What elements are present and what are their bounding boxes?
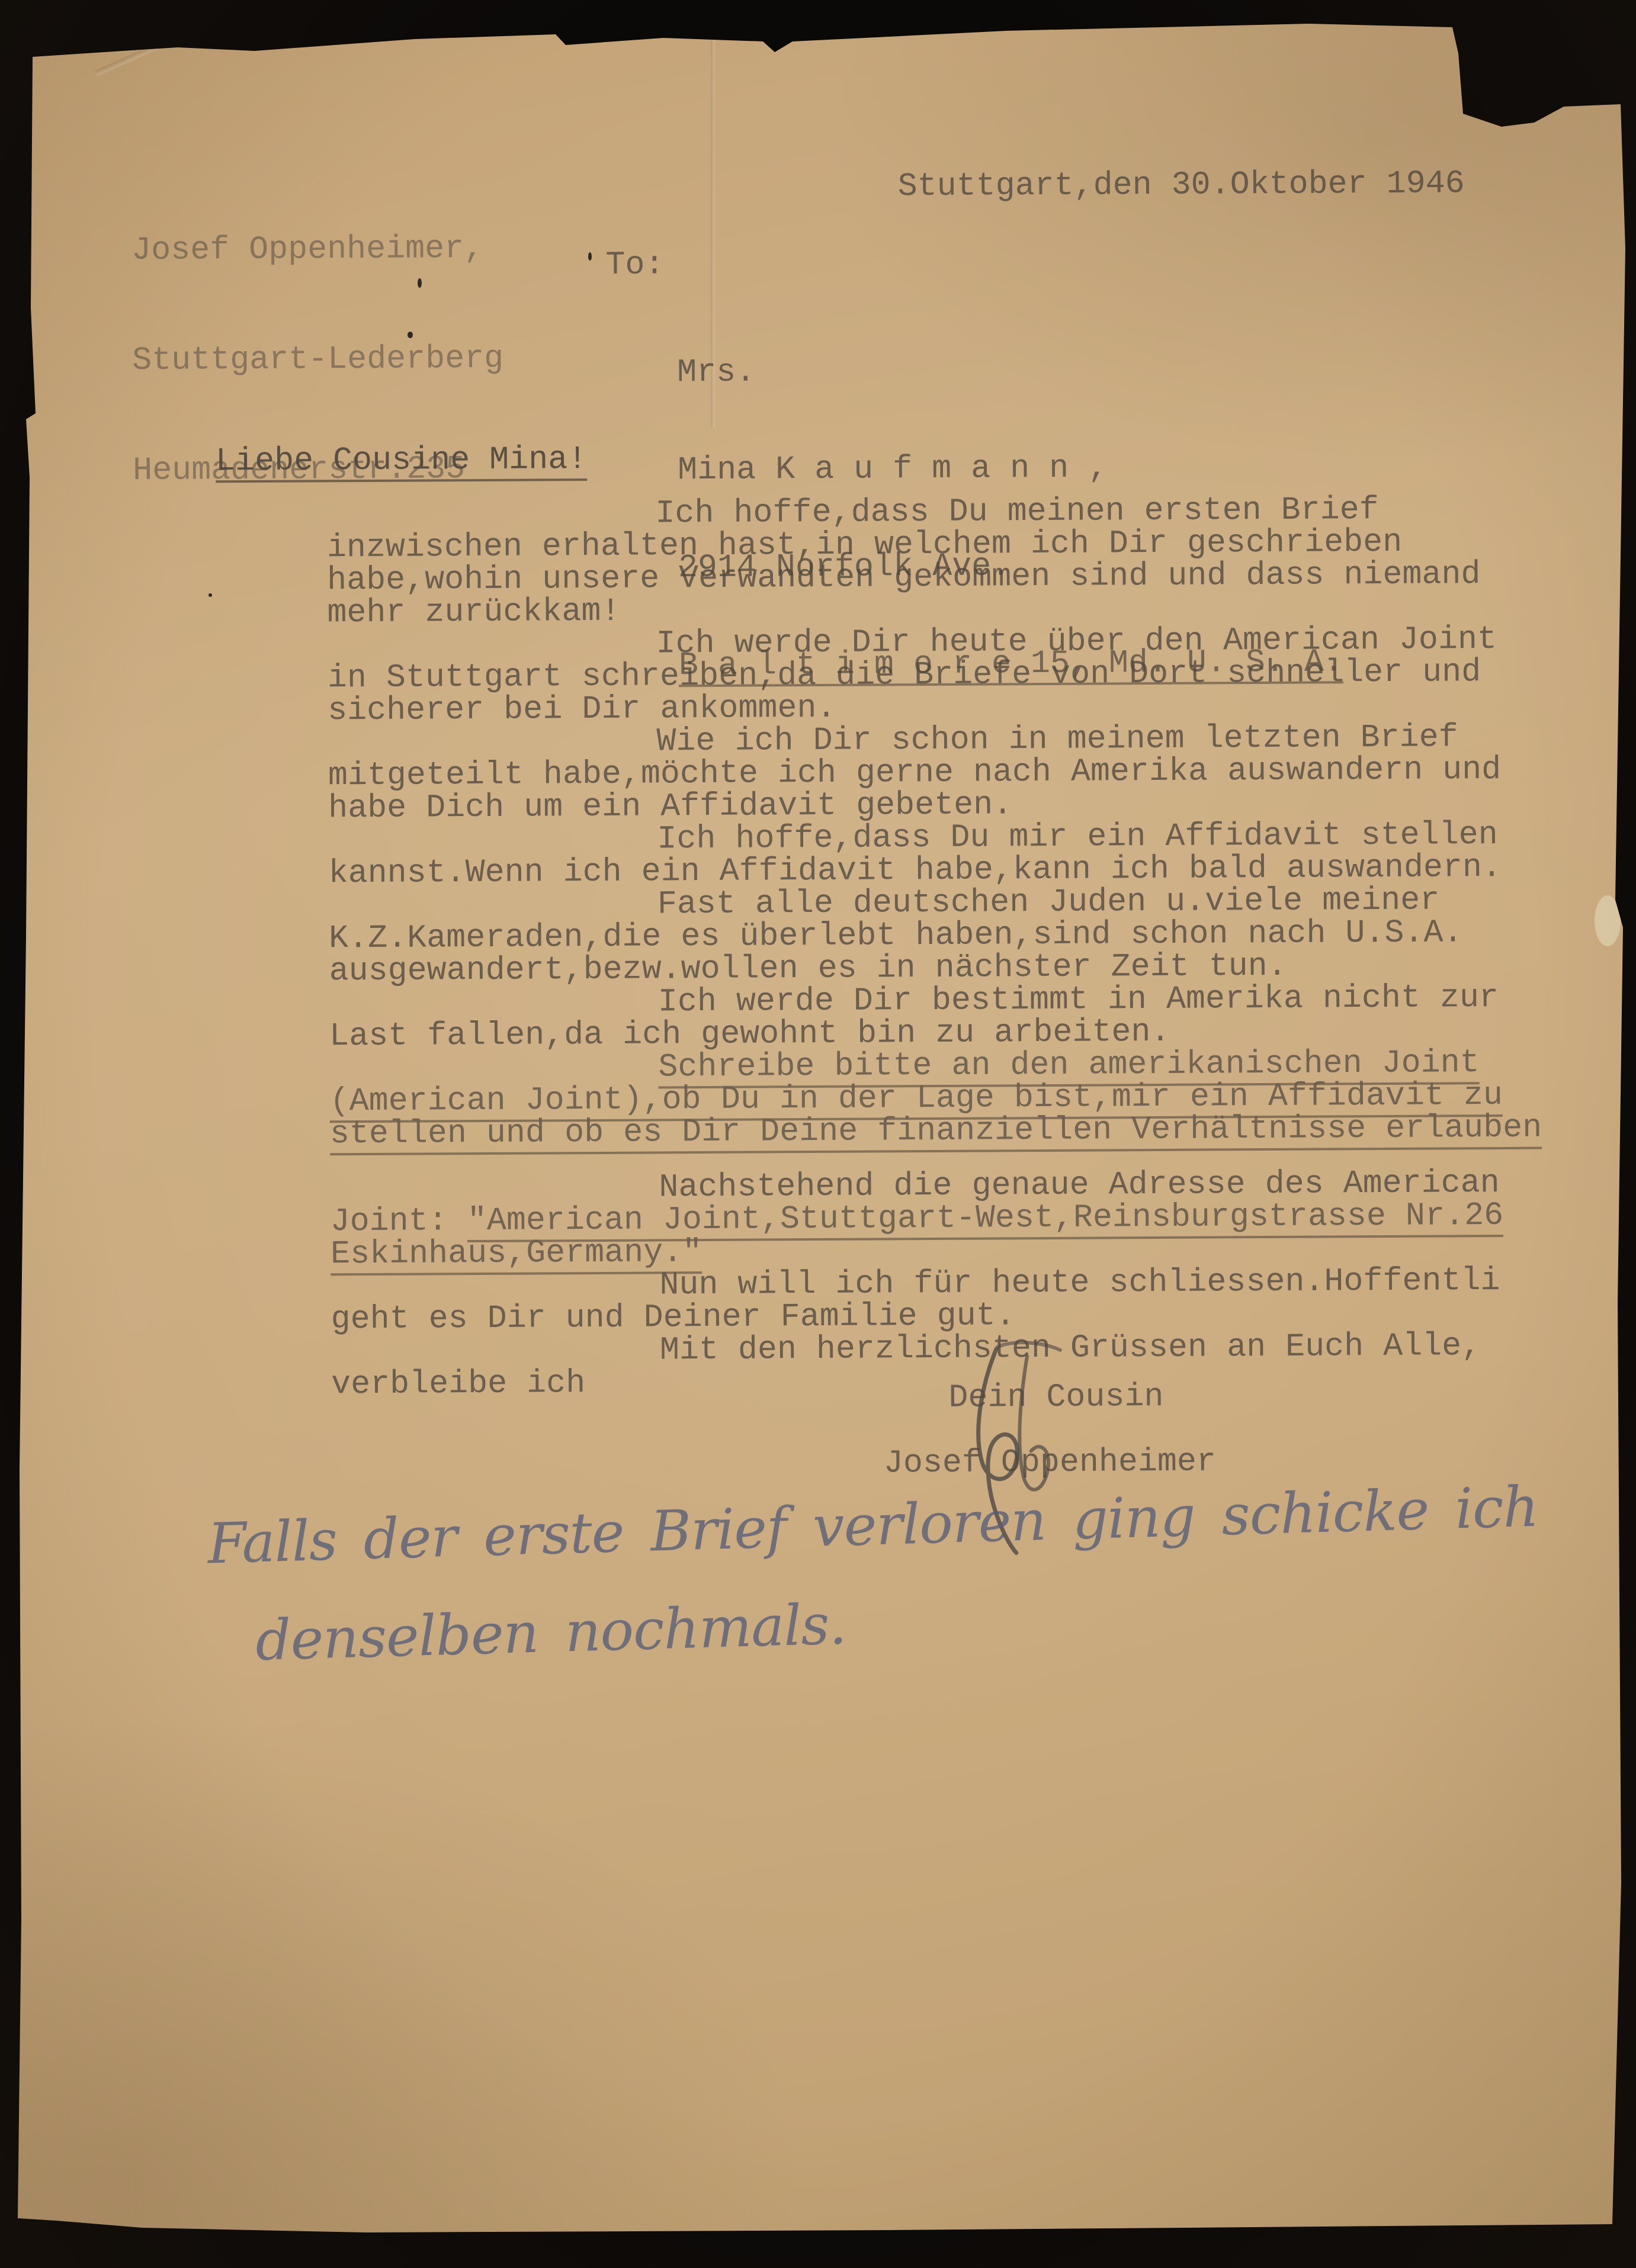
body-line-text: Nun will ich für heute schliessen.Hoffen…	[659, 1262, 1500, 1303]
scan-background: Josef Oppenheimer, Stuttgart-Lederberg H…	[0, 0, 1636, 2268]
body-line: Eskinhaus,Germany."	[331, 1232, 1551, 1271]
handwritten-note-line-1: Falls der erste Brief verloren ging schi…	[207, 1475, 1539, 1577]
body-line-text: stellen und ob es Dir Deine finanziellen…	[330, 1109, 1542, 1156]
sender-city: Stuttgart-Lederberg	[132, 340, 503, 379]
body-line: habe,wohin unsere Verwandten gekommen si…	[327, 558, 1547, 597]
body-line-text: habe,wohin unsere Verwandten gekommen si…	[327, 555, 1481, 599]
letter-paper: Josef Oppenheimer, Stuttgart-Lederberg H…	[0, 0, 1636, 2268]
date-line: Stuttgart,den 30.Oktober 1946	[897, 165, 1464, 205]
salutation: Liebe Cousine Mina!	[216, 441, 587, 480]
salutation-text: Liebe Cousine Mina!	[216, 441, 587, 483]
body-line-text: Eskinhaus,Germany."	[331, 1233, 702, 1276]
body-line-text: mehr zurückkam!	[327, 593, 620, 632]
recipient-name: Mina K a u f m a n n ,	[678, 450, 1342, 486]
letter-body: Ich hoffe,dass Du meinen ersten Brief in…	[326, 493, 1551, 1401]
sender-name: Josef Oppenheimer,	[131, 230, 503, 269]
body-line-text: verbleibe ich	[331, 1364, 585, 1403]
body-line-text: in Stuttgart schreiben,da die Briefe von…	[328, 653, 1481, 696]
recipient-title: Mrs.	[677, 352, 1342, 388]
body-line: in Stuttgart schreiben,da die Briefe von…	[328, 656, 1548, 695]
handwritten-note-line-2: denselben nochmals.	[255, 1592, 847, 1673]
to-label: To:	[605, 246, 664, 284]
body-line: stellen und ob es Dir Deine finanziellen…	[330, 1111, 1550, 1151]
